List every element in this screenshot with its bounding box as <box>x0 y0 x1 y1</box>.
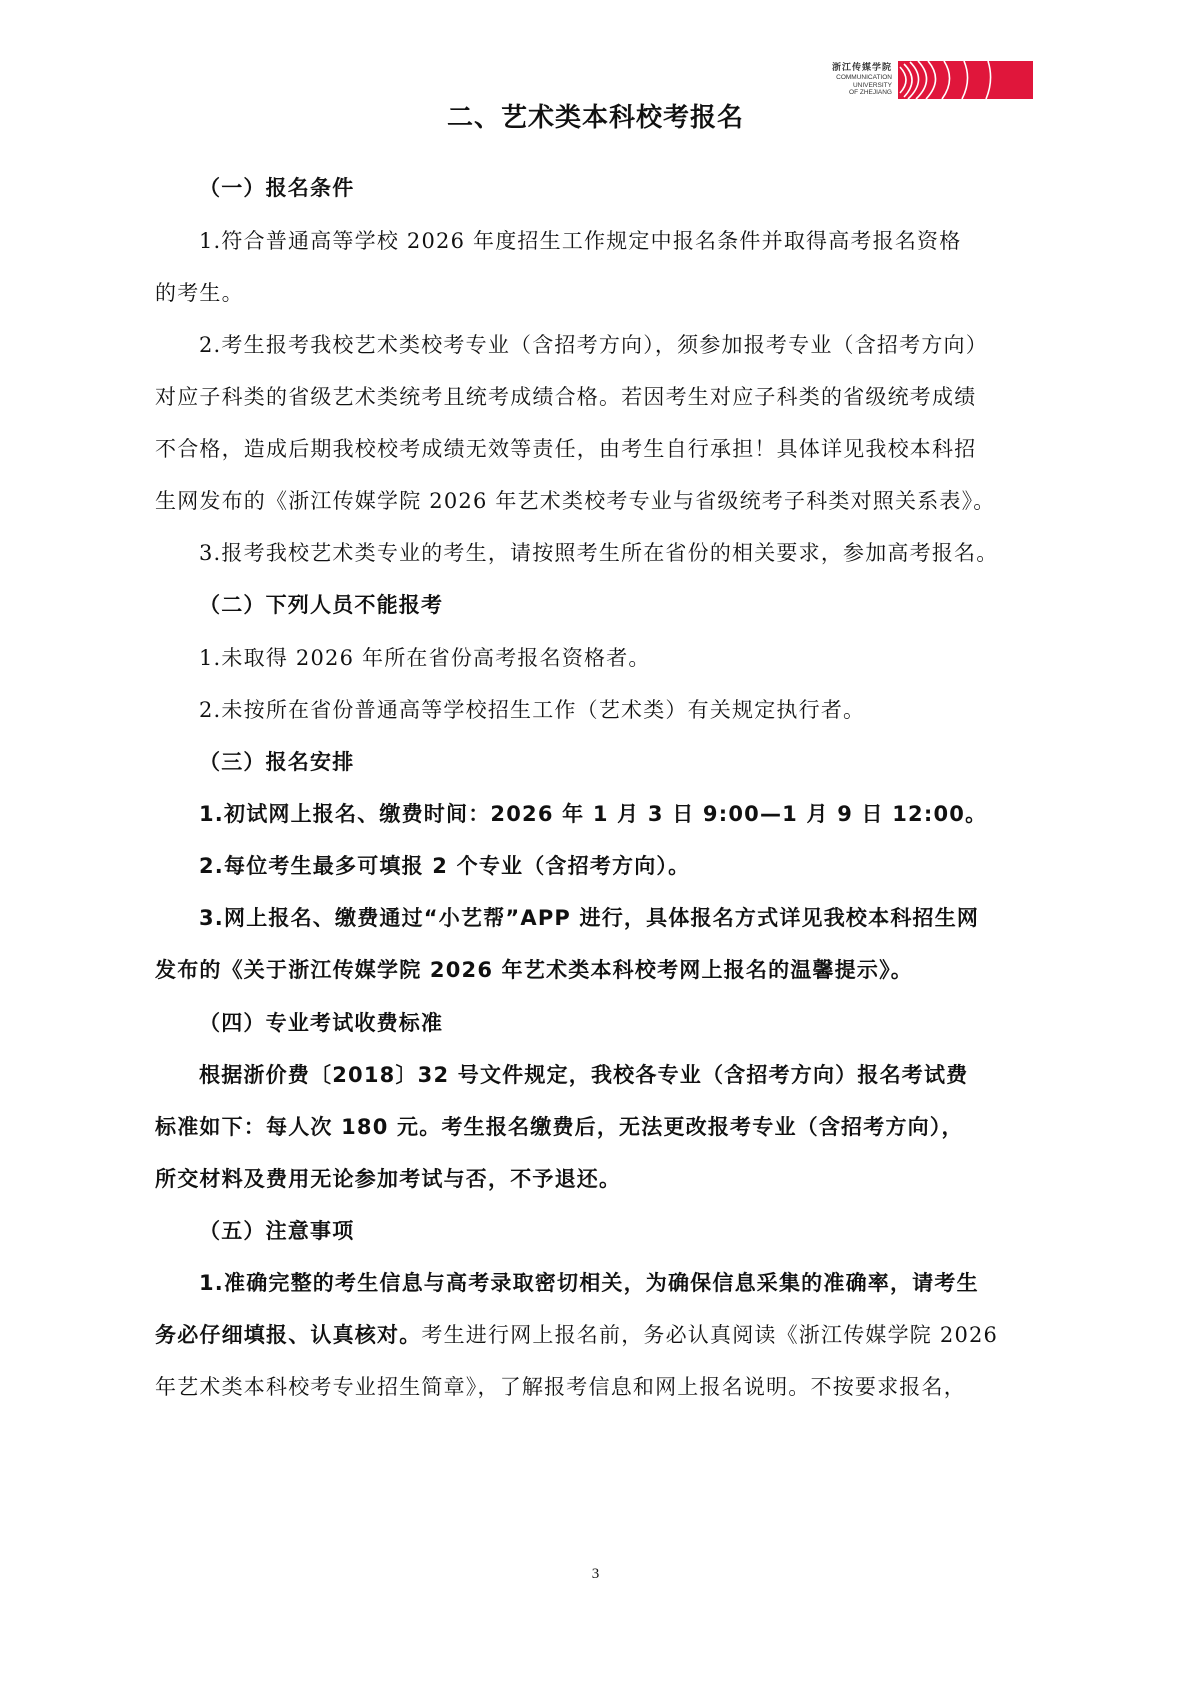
paragraph-line: 2.考生报考我校艺术类校考专业（含招考方向），须参加报考专业（含招考方向） <box>199 330 1089 360</box>
logo-name-en-2: UNIVERSITY <box>820 82 892 90</box>
paragraph-line: 发布的《关于浙江传媒学院 2026 年艺术类本科校考网上报名的温馨提示》。 <box>155 955 1045 985</box>
paragraph-line: 2.每位考生最多可填报 2 个专业（含招考方向）。 <box>199 851 1089 881</box>
paragraph-line: 的考生。 <box>155 278 1045 308</box>
section-heading: （五）注意事项 <box>199 1216 1089 1246</box>
section-title: 二、艺术类本科校考报名 <box>0 97 1191 134</box>
logo-text: 浙江传媒学院 COMMUNICATION UNIVERSITY OF ZHEJI… <box>820 63 892 97</box>
logo-name-cn: 浙江传媒学院 <box>820 63 892 74</box>
paragraph-line: 年艺术类本科校考专业招生简章》，了解报考信息和网上报名说明。不按要求报名， <box>155 1372 1045 1402</box>
paragraph-line: 生网发布的《浙江传媒学院 2026 年艺术类校考专业与省级统考子科类对照关系表》… <box>155 486 1045 516</box>
section-heading: （三）报名安排 <box>199 747 1089 777</box>
emphasis-text: 务必仔细填报、认真核对。 <box>155 1323 421 1347</box>
plain-text: 考生进行网上报名前，务必认真阅读《浙江传媒学院 2026 <box>421 1323 998 1347</box>
paragraph-line: 对应子科类的省级艺术类统考且统考成绩合格。若因考生对应子科类的省级统考成绩 <box>155 382 1045 412</box>
section-heading: （一）报名条件 <box>199 173 1089 203</box>
paragraph-line: 3.网上报名、缴费通过“小艺帮”APP 进行，具体报名方式详见我校本科招生网 <box>199 903 1089 933</box>
logo-mark-icon <box>898 61 1033 99</box>
paragraph-line: 所交材料及费用无论参加考试与否，不予退还。 <box>155 1164 1045 1194</box>
logo-name-en-3: OF ZHEJIANG <box>820 89 892 97</box>
paragraph-line: 根据浙价费〔2018〕32 号文件规定，我校各专业（含招考方向）报名考试费 <box>199 1060 1089 1090</box>
paragraph-line: 不合格，造成后期我校校考成绩无效等责任，由考生自行承担！具体详见我校本科招 <box>155 434 1045 464</box>
section-heading: （二）下列人员不能报考 <box>199 590 1089 620</box>
paragraph-line: 标准如下：每人次 180 元。考生报名缴费后，无法更改报考专业（含招考方向）， <box>155 1112 1045 1142</box>
paragraph-line: 2.未按所在省份普通高等学校招生工作（艺术类）有关规定执行者。 <box>199 695 1089 725</box>
paragraph-line: 1.未取得 2026 年所在省份高考报名资格者。 <box>199 643 1089 673</box>
paragraph-line: 3.报考我校艺术类专业的考生，请按照考生所在省份的相关要求，参加高考报名。 <box>199 538 1089 568</box>
paragraph-line: 务必仔细填报、认真核对。考生进行网上报名前，务必认真阅读《浙江传媒学院 2026 <box>155 1320 1045 1350</box>
paragraph-line: 1.准确完整的考生信息与高考录取密切相关，为确保信息采集的准确率，请考生 <box>199 1268 1089 1298</box>
paragraph-line: 1.初试网上报名、缴费时间：2026 年 1 月 3 日 9:00—1 月 9 … <box>199 799 1089 829</box>
section-heading: （四）专业考试收费标准 <box>199 1008 1089 1038</box>
university-logo: 浙江传媒学院 COMMUNICATION UNIVERSITY OF ZHEJI… <box>820 58 1040 102</box>
paragraph-line: 1.符合普通高等学校 2026 年度招生工作规定中报名条件并取得高考报名资格 <box>199 226 1089 256</box>
logo-name-en-1: COMMUNICATION <box>820 74 892 82</box>
page-number: 3 <box>0 1566 1191 1583</box>
